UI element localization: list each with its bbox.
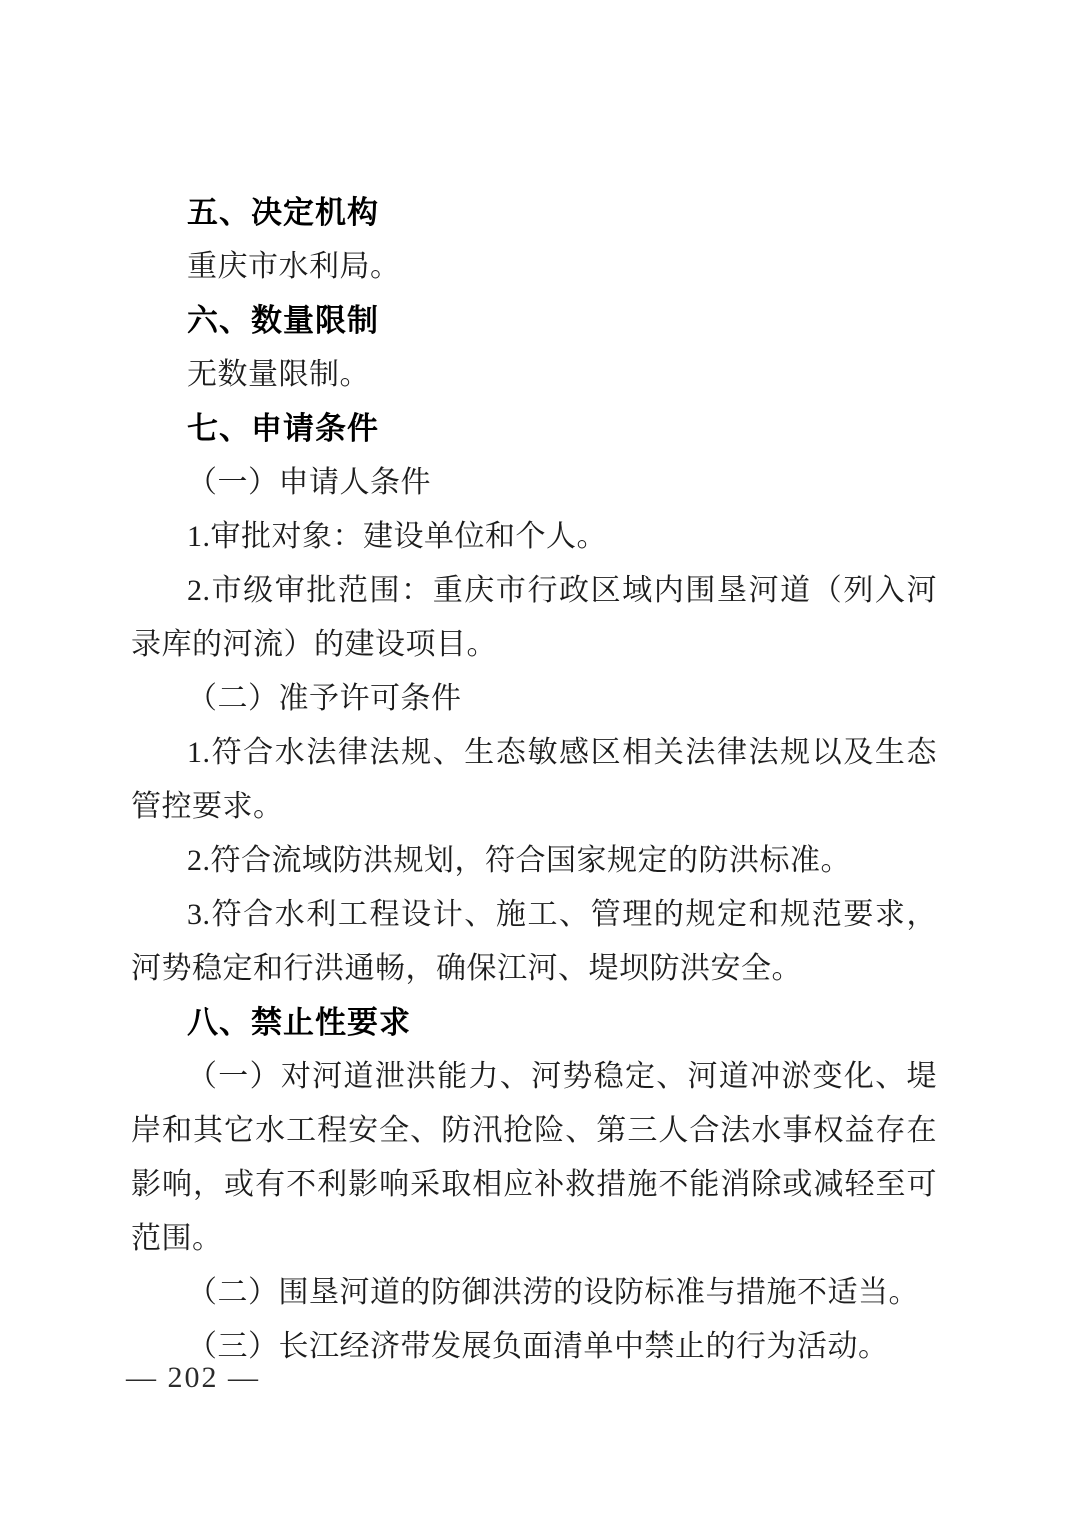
paragraph-line: 河势稳定和行洪通畅，确保江河、堤坝防洪安全。 [131,942,937,996]
paragraph-line: 无数量限制。 [131,348,937,402]
paragraph-line: 1.审批对象：建设单位和个人。 [131,510,937,564]
paragraph-line: 1.符合水法律法规、生态敏感区相关法律法规以及生态红线 [131,726,937,780]
paragraph-line: 录库的河流）的建设项目。 [131,618,937,672]
paragraph-line: 2.市级审批范围：重庆市行政区域内围垦河道（列入河道名 [131,564,937,618]
document-body: 五、决定机构重庆市水利局。六、数量限制无数量限制。七、申请条件（一）申请人条件1… [131,186,937,1374]
paragraph-line: （二）准予许可条件 [131,672,937,726]
paragraph-line: 2.符合流域防洪规划，符合国家规定的防洪标准。 [131,834,937,888]
page-number: — 202 — [126,1356,260,1400]
paragraph-line: 重庆市水利局。 [131,240,937,294]
paragraph-line: （一）申请人条件 [131,456,937,510]
paragraph-line: （二）围垦河道的防御洪涝的设防标准与措施不适当。 [131,1266,937,1320]
section-heading: 七、申请条件 [131,402,937,456]
paragraph-line: 管控要求。 [131,780,937,834]
section-heading: 六、数量限制 [131,294,937,348]
paragraph-line: 岸和其它水工程安全、防汛抢险、第三人合法水事权益存在不利 [131,1104,937,1158]
section-heading: 八、禁止性要求 [131,996,937,1050]
paragraph-line: 3.符合水利工程设计、施工、管理的规定和规范要求，保持 [131,888,937,942]
section-heading: 五、决定机构 [131,186,937,240]
paragraph-line: 范围。 [131,1212,937,1266]
paragraph-line: 影响，或有不利影响采取相应补救措施不能消除或减轻至可接受 [131,1158,937,1212]
paragraph-line: （一）对河道泄洪能力、河势稳定、河道冲淤变化、堤防护 [131,1050,937,1104]
document-page: 五、决定机构重庆市水利局。六、数量限制无数量限制。七、申请条件（一）申请人条件1… [0,0,1075,1519]
